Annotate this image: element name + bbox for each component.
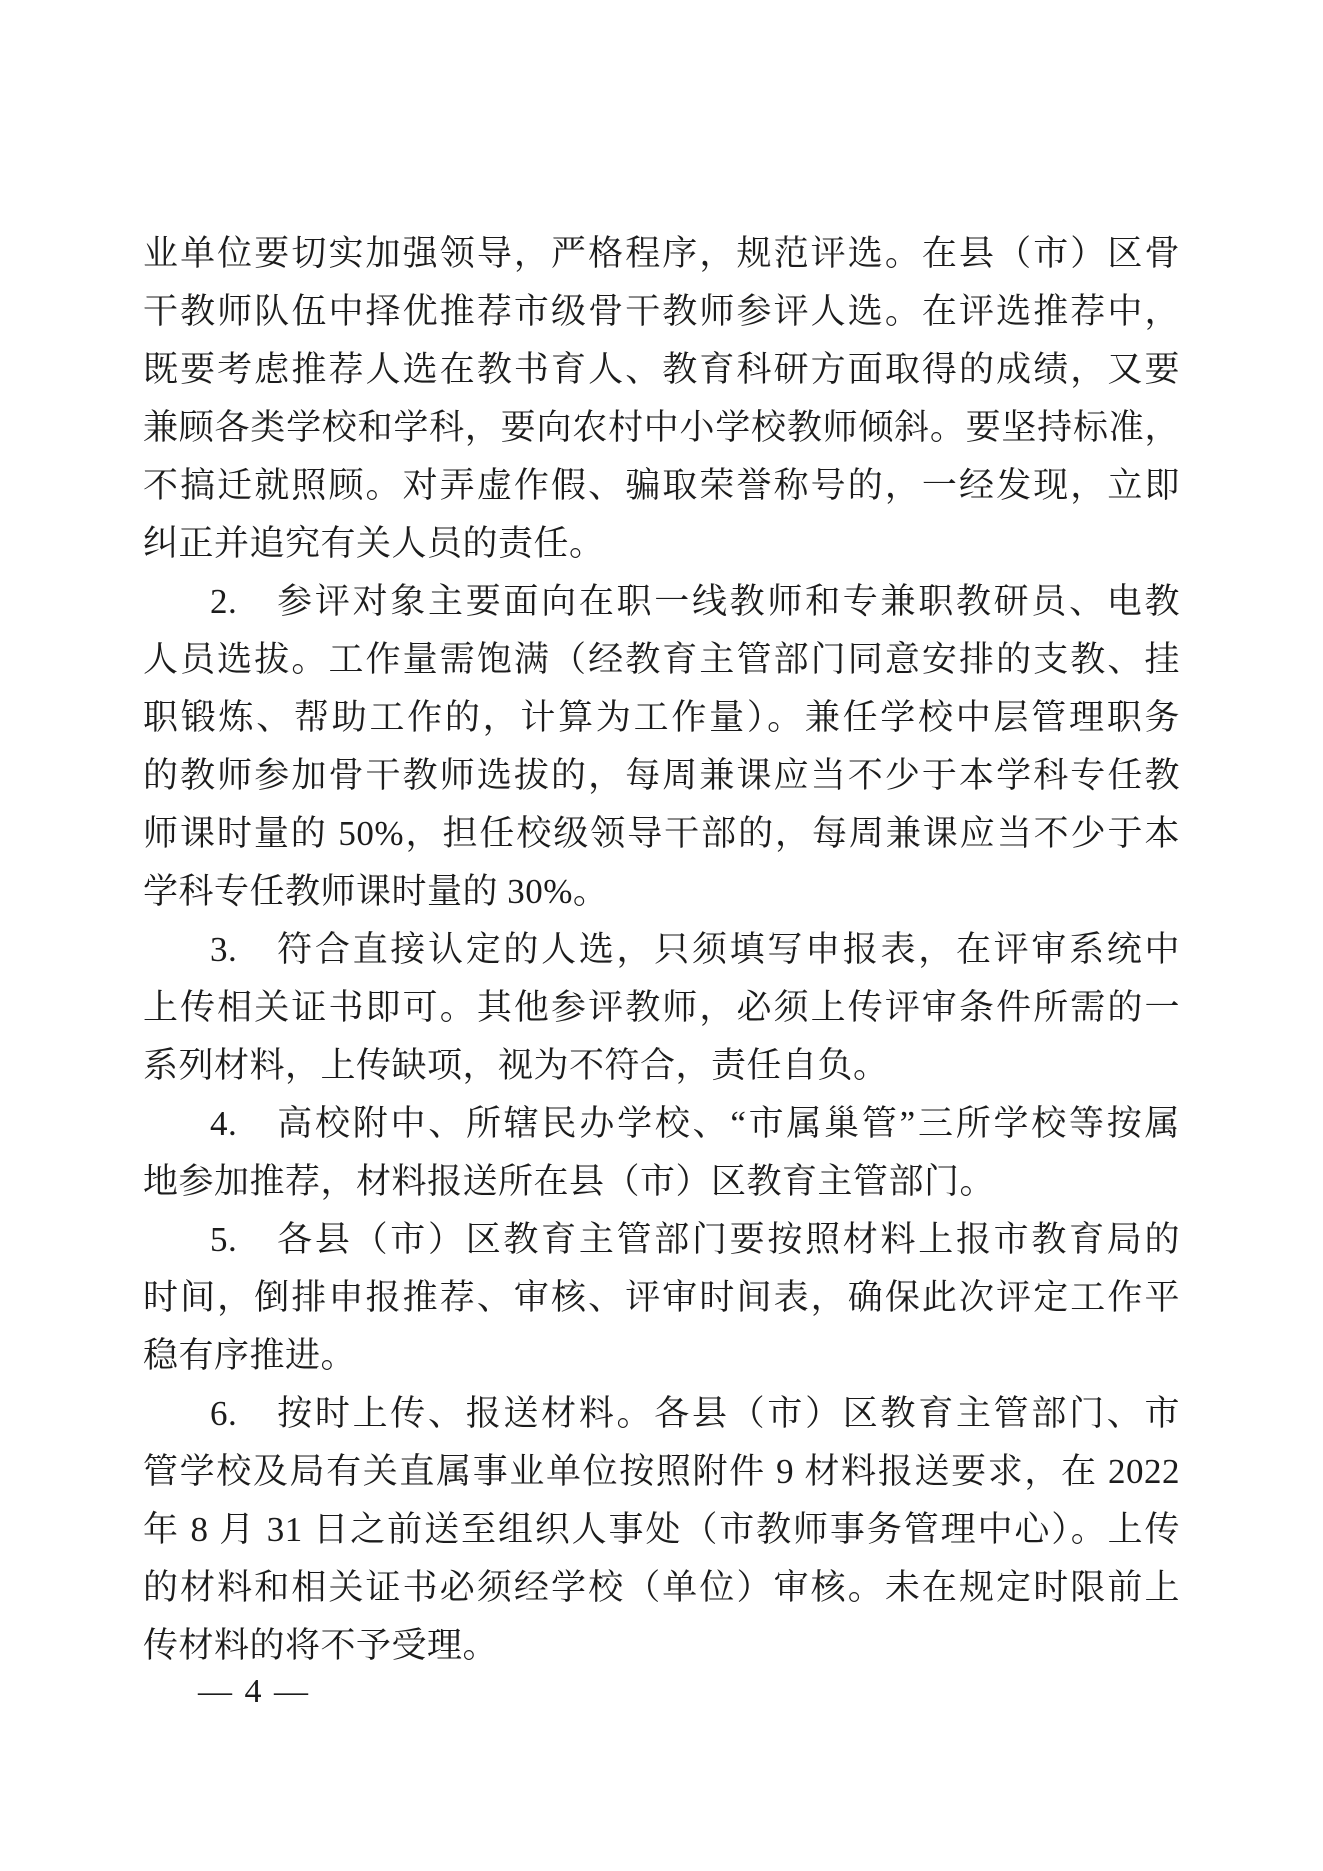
text-line: 地参加推荐，材料报送所在县（市）区教育主管部门。 bbox=[143, 1153, 1180, 1211]
document-body: 业单位要切实加强领导，严格程序，规范评选。在县（市）区骨 干教师队伍中择优推荐市… bbox=[143, 225, 1180, 1675]
text-line: 纠正并追究有关人员的责任。 bbox=[143, 515, 1180, 573]
page-number: — 4 — bbox=[198, 1672, 310, 1712]
text-line-item-2: 2. 参评对象主要面向在职一线教师和专兼职教研员、电教 bbox=[143, 573, 1180, 631]
text-line: 既要考虑推荐人选在教书育人、教育科研方面取得的成绩，又要 bbox=[143, 341, 1180, 399]
text-line-item-3: 3. 符合直接认定的人选，只须填写申报表，在评审系统中 bbox=[143, 921, 1180, 979]
text-line-item-5: 5. 各县（市）区教育主管部门要按照材料上报市教育局的 bbox=[143, 1211, 1180, 1269]
text-line: 不搞迁就照顾。对弄虚作假、骗取荣誉称号的，一经发现，立即 bbox=[143, 457, 1180, 515]
text-line-item-4: 4. 高校附中、所辖民办学校、“市属巢管”三所学校等按属 bbox=[143, 1095, 1180, 1153]
text-line: 职锻炼、帮助工作的，计算为工作量）。兼任学校中层管理职务 bbox=[143, 689, 1180, 747]
text-line: 传材料的将不予受理。 bbox=[143, 1617, 1180, 1675]
text-line: 的材料和相关证书必须经学校（单位）审核。未在规定时限前上 bbox=[143, 1559, 1180, 1617]
text-line: 业单位要切实加强领导，严格程序，规范评选。在县（市）区骨 bbox=[143, 225, 1180, 283]
document-page: 业单位要切实加强领导，严格程序，规范评选。在县（市）区骨 干教师队伍中择优推荐市… bbox=[0, 0, 1323, 1871]
text-line: 的教师参加骨干教师选拔的，每周兼课应当不少于本学科专任教 bbox=[143, 747, 1180, 805]
text-line: 师课时量的 50%，担任校级领导干部的，每周兼课应当不少于本 bbox=[143, 805, 1180, 863]
text-line: 年 8 月 31 日之前送至组织人事处（市教师事务管理中心）。上传 bbox=[143, 1501, 1180, 1559]
text-line: 上传相关证书即可。其他参评教师，必须上传评审条件所需的一 bbox=[143, 979, 1180, 1037]
text-line: 兼顾各类学校和学科，要向农村中小学校教师倾斜。要坚持标准， bbox=[143, 399, 1180, 457]
text-line: 管学校及局有关直属事业单位按照附件 9 材料报送要求，在 2022 bbox=[143, 1443, 1180, 1501]
text-line: 人员选拔。工作量需饱满（经教育主管部门同意安排的支教、挂 bbox=[143, 631, 1180, 689]
text-line: 干教师队伍中择优推荐市级骨干教师参评人选。在评选推荐中， bbox=[143, 283, 1180, 341]
text-line: 学科专任教师课时量的 30%。 bbox=[143, 863, 1180, 921]
text-line: 稳有序推进。 bbox=[143, 1327, 1180, 1385]
text-line: 时间，倒排申报推荐、审核、评审时间表，确保此次评定工作平 bbox=[143, 1269, 1180, 1327]
text-line-item-6: 6. 按时上传、报送材料。各县（市）区教育主管部门、市 bbox=[143, 1385, 1180, 1443]
text-line: 系列材料，上传缺项，视为不符合，责任自负。 bbox=[143, 1037, 1180, 1095]
